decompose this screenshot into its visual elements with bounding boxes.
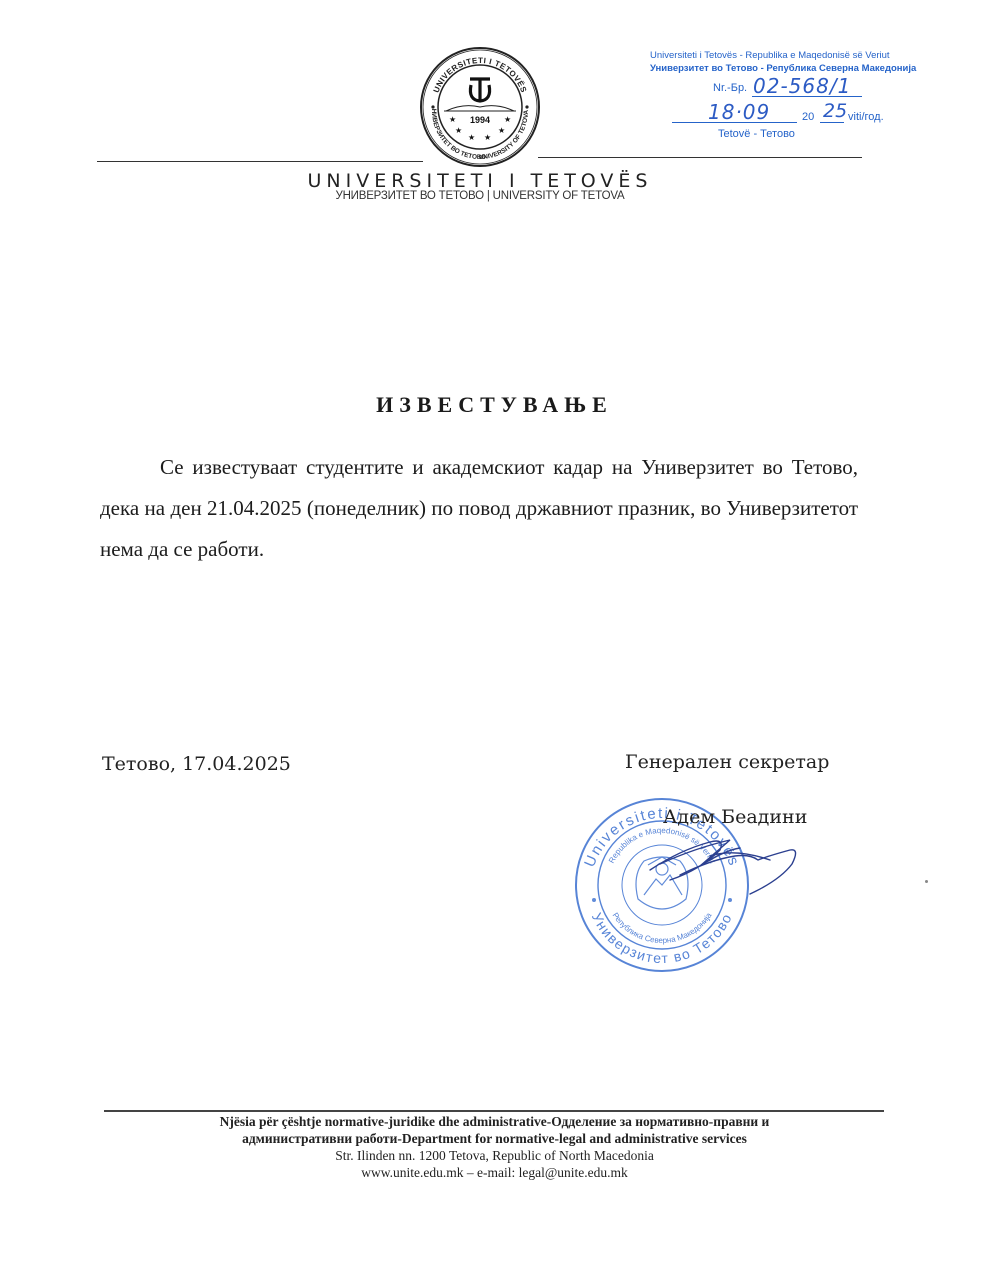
svg-text:★: ★: [455, 126, 462, 135]
registry-date-underline: [672, 122, 797, 123]
footer-line-department-cont: административни работи-Department for no…: [0, 1130, 989, 1147]
registry-date-value: 18·09: [708, 100, 770, 124]
footer-divider: [104, 1110, 884, 1112]
header-divider-right: [538, 157, 862, 158]
footer-contact: www.unite.edu.mk – e-mail: legal@unite.e…: [0, 1164, 989, 1181]
registry-number-underline: [752, 96, 862, 97]
registry-year-suffix: 25: [823, 100, 847, 122]
svg-text:★: ★: [468, 133, 475, 142]
svg-text:★: ★: [449, 115, 456, 124]
registry-year-label: viti/год.: [848, 111, 884, 123]
signatory-title: Генерален секретар: [625, 751, 829, 773]
footer: Njësia për çështje normative-juridike dh…: [0, 1113, 989, 1181]
registry-year-underline: [820, 122, 844, 123]
footer-address: Str. Ilinden nn. 1200 Tetova, Republic o…: [0, 1147, 989, 1164]
scan-speck: [925, 880, 928, 883]
registry-stamp-line2: Универзитет во Тетово - Република Северн…: [650, 63, 916, 74]
registry-number-label: Nr.-Бр.: [713, 82, 747, 94]
signature-icon: [640, 820, 810, 900]
document-title: ИЗВЕСТУВАЊЕ: [0, 392, 989, 418]
place-and-date: Тетово, 17.04.2025: [102, 753, 291, 775]
svg-text:★: ★: [504, 115, 511, 124]
svg-text:1994: 1994: [470, 115, 490, 125]
university-name: UNIVERSITETI I TETOVËS: [0, 170, 960, 192]
svg-text:★: ★: [484, 133, 491, 142]
registry-century: 20: [802, 111, 814, 123]
registry-city: Tetovë - Тетово: [718, 128, 795, 140]
document-body: Се известуваат студентите и академскиот …: [100, 447, 858, 570]
footer-line-department: Njësia për çështje normative-juridike dh…: [0, 1113, 989, 1130]
university-subtitle: УНИВЕРЗИТЕТ ВО ТЕТОВО | UNIVERSITY OF TE…: [0, 190, 960, 202]
svg-text:★: ★: [498, 126, 505, 135]
header-divider-left: [97, 161, 423, 162]
registry-number-value: 02-568/1: [753, 74, 851, 98]
registry-stamp-line1: Universiteti i Tetovës - Republika e Maq…: [650, 50, 890, 61]
university-seal-icon: UNIVERSITETI I TETOVËS УНИВЕРЗИТЕТ ВО ТЕ…: [418, 45, 542, 169]
